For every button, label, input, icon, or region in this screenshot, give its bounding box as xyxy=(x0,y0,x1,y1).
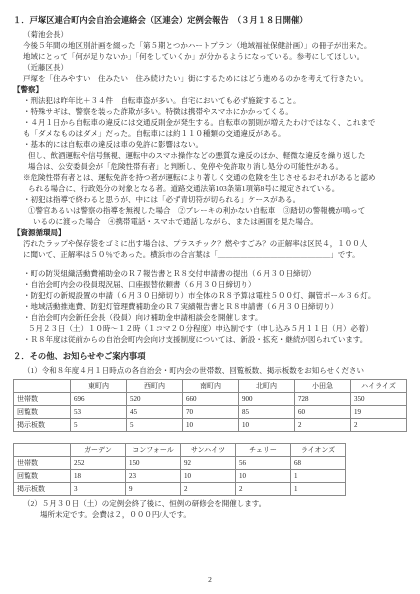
table-cell: 660 xyxy=(183,393,239,406)
table-header-cell: 南町内 xyxy=(183,380,239,393)
table-cell: 19 xyxy=(351,406,407,419)
table-row: 掲示板数55101022 xyxy=(14,419,407,432)
text-line: 場所未定です。会費は２，０００円/人です。 xyxy=(40,509,420,520)
text-line: （近藤区長） xyxy=(23,62,420,73)
text-line: ・刑法犯は昨年比＋３４件 自転車盗が多い。自宅においても必ず施錠すること。 xyxy=(23,95,420,106)
table-header-row: ガーデンコンフォールサンハイツチェリーライオンズ xyxy=(14,444,346,457)
table-cell: 10 xyxy=(181,470,236,483)
text-line: ・自治会町内会新任会長（役員）向け補助金申請相談会を開催します。 xyxy=(23,312,420,323)
table-row: 世帯数696520660900728350 xyxy=(14,393,407,406)
households-table-1-wrap: 東町内西町内南町内北町内小田急ハイライズ世帯数69652066090072835… xyxy=(0,379,420,432)
table-cell: 2 xyxy=(236,483,291,496)
text-line: に聞いて、正解率は５０％であった。横浜市の合言葉は「＿＿＿＿＿＿＿＿＿＿＿＿＿＿… xyxy=(23,249,420,260)
table-cell: 5 xyxy=(71,419,127,432)
table-header-cell: 小田急 xyxy=(295,380,351,393)
table-header-cell: ライオンズ xyxy=(291,444,346,457)
table-cell: 3 xyxy=(71,483,126,496)
text-line: 地域にとって「何が足りないか」「何をしていくか」が分かるようになっている。参考に… xyxy=(23,51,420,62)
table-header-row: 東町内西町内南町内北町内小田急ハイライズ xyxy=(14,380,407,393)
table-row-label: 回覧数 xyxy=(14,406,71,419)
text-line: 今後５年間の地区別計画を綴った「第５期とつかハートプラン（地域福祉保健計画）」の… xyxy=(23,40,420,51)
table-cell: 728 xyxy=(295,393,351,406)
table-cell: 696 xyxy=(71,393,127,406)
section2-intro: （1）令和８年度４月１日時点の各自治会・町内会の世帯数、回覧板数、掲示板数をお知… xyxy=(23,365,420,376)
section1-title: １．戸塚区連合町内会自治会連絡会（区連会）定例会報告 （３月１８日開催） xyxy=(13,15,420,27)
page-number: 2 xyxy=(0,575,420,584)
table-header-cell: ガーデン xyxy=(71,444,126,457)
recycle-section-body: 汚れたラップや保存袋をゴミに出す場合は、プラスチック？燃やすごみ？の正解率は区民… xyxy=(0,238,420,260)
table-row-label: 掲示板数 xyxy=(14,483,71,496)
table-row-label: 掲示板数 xyxy=(14,419,71,432)
table-header-cell: 西町内 xyxy=(127,380,183,393)
text-line: ・防犯灯の新規設置の申請（６月３０日締切り）市全体のＲ８予算は電柱５００灯、鋼管… xyxy=(23,290,420,301)
table-row: 回覧数534570856019 xyxy=(14,406,407,419)
table-header-cell: サンハイツ xyxy=(181,444,236,457)
text-line: られる場合に、行政処分の対象となる者。道路交通法第103条第1項第8号に規定され… xyxy=(28,183,420,194)
table-cell: 10 xyxy=(236,470,291,483)
text-line: ５月２３日（土）１０時～１２時（１コマ２０分程度）申込制です（申し込み５月１１日… xyxy=(28,323,420,334)
table-cell: 23 xyxy=(126,470,181,483)
table-header-cell: 北町内 xyxy=(239,380,295,393)
table-cell: 1 xyxy=(291,483,346,496)
text-line: 戸塚を「住みやすい 住みたい 住み続けたい」街にするためにはどう進めるのかを考え… xyxy=(23,73,420,84)
table-cell: 520 xyxy=(127,393,183,406)
text-line: ・地域活動推進費、防犯灯管理費補助金のＲ７実績報告書とＲ８申請書（６月３０日締切… xyxy=(23,301,420,312)
text-line: ※危険性帯有者とは、運転免許を持つ者が運転により著しく交通の危険を生じさせるおそ… xyxy=(23,172,420,183)
table-cell: 2 xyxy=(181,483,236,496)
text-line: ・Ｒ８年度は従前からの自治会町内会向け支援制度については、新設・拡充・継続が図ら… xyxy=(23,334,420,345)
text-line: 汚れたラップや保存袋をゴミに出す場合は、プラスチック？燃やすごみ？の正解率は区民… xyxy=(23,238,420,249)
table-cell: 45 xyxy=(127,406,183,419)
table-cell: 5 xyxy=(127,419,183,432)
table-cell: 92 xyxy=(181,457,236,470)
table-cell: 56 xyxy=(236,457,291,470)
document-page: １．戸塚区連合町内会自治会連絡会（区連会）定例会報告 （３月１８日開催） （菊池… xyxy=(0,0,420,594)
recycle-section-header: 【資源循環局】 xyxy=(13,227,420,238)
text-line: 但し、飲酒運転や信号無視、運転中のスマホ操作などの悪質な違反のほか、軽微な違反を… xyxy=(28,150,420,161)
households-table-2-wrap: ガーデンコンフォールサンハイツチェリーライオンズ世帯数252150925668回… xyxy=(0,443,420,496)
table-cell: 9 xyxy=(126,483,181,496)
table-cell: 60 xyxy=(295,406,351,419)
text-line: も「ダメなものはダメ」だった。自転車には約１１０種類の交通違反がある。 xyxy=(23,128,420,139)
text-line: ・４月１日から自転車の違反には交通反則金が発生する。自転車の罰則が増えたわけでは… xyxy=(23,117,420,128)
table-cell: 1 xyxy=(291,470,346,483)
table-cell: 10 xyxy=(239,419,295,432)
table-cell: 150 xyxy=(126,457,181,470)
table-cell: 53 xyxy=(71,406,127,419)
table-row: 世帯数252150925668 xyxy=(14,457,346,470)
text-line: いるのに渡った場合 ④携帯電話・スマホで通話しながら、または画面を見た場合。 xyxy=(33,216,420,227)
section2-title: ２．その他、お知らせやご案内事項 xyxy=(13,351,420,363)
police-section-header: 【警察】 xyxy=(13,84,420,95)
table-cell: 68 xyxy=(291,457,346,470)
table-cell: 18 xyxy=(71,470,126,483)
table-header-cell: 東町内 xyxy=(71,380,127,393)
text-line: ①警官あるいは警察の指導を無視した場合 ②ブレーキの利かない自転車 ③踏切の警報… xyxy=(28,205,420,216)
table-header-cell: チェリー xyxy=(236,444,291,457)
text-line: ・自治会町内会の役員現況届、口座振替依頼書（６月３０日締切り） xyxy=(23,279,420,290)
text-line: （2）５月３０日（土）の定例会終了後に、恒例の研修会を開催します。 xyxy=(23,498,420,509)
table-row: 掲示板数39221 xyxy=(14,483,346,496)
table-row-label: 世帯数 xyxy=(14,457,71,470)
households-table-1: 東町内西町内南町内北町内小田急ハイライズ世帯数69652066090072835… xyxy=(13,379,407,432)
table-row-label: 世帯数 xyxy=(14,393,71,406)
text-line: ・特殊サギは、警察を装った詐欺が多い。特徴は携帯やスマホにかかってくる。 xyxy=(23,106,420,117)
households-table-2: ガーデンコンフォールサンハイツチェリーライオンズ世帯数252150925668回… xyxy=(13,443,346,496)
table-cell: 900 xyxy=(239,393,295,406)
table-row-label: 回覧数 xyxy=(14,470,71,483)
table-cell: 10 xyxy=(183,419,239,432)
table-header-cell: ハイライズ xyxy=(351,380,407,393)
table-row: 回覧数182310101 xyxy=(14,470,346,483)
text-line: ・初犯は指導で終わると思うが、中には「必ず青切符が切られる」ケースがある。 xyxy=(23,194,420,205)
notices-body: ・町の防災組織活動費補助金のＲ７報告書とＲ８交付申請書の提出（６月３０日締切） … xyxy=(0,268,420,345)
spacer xyxy=(0,432,420,440)
table-header-cell xyxy=(14,380,71,393)
police-section-body: ・刑法犯は昨年比＋３４件 自転車盗が多い。自宅においても必ず施錠すること。 ・特… xyxy=(0,95,420,227)
section2-item2-body: （2）５月３０日（土）の定例会終了後に、恒例の研修会を開催します。 場所未定です… xyxy=(0,498,420,520)
table-cell: 2 xyxy=(351,419,407,432)
table-cell: 70 xyxy=(183,406,239,419)
table-cell: 2 xyxy=(295,419,351,432)
text-line: （菊池会長） xyxy=(23,29,420,40)
text-line: ・町の防災組織活動費補助金のＲ７報告書とＲ８交付申請書の提出（６月３０日締切） xyxy=(23,268,420,279)
text-line: 場合は、公安委員会が「危険性帯有者」と判断し、免停や免許取り消し処分の可能性があ… xyxy=(28,161,420,172)
table-cell: 350 xyxy=(351,393,407,406)
spacer xyxy=(0,260,420,268)
table-cell: 252 xyxy=(71,457,126,470)
table-header-cell xyxy=(14,444,71,457)
table-cell: 85 xyxy=(239,406,295,419)
section1-body: （菊池会長） 今後５年間の地区別計画を綴った「第５期とつかハートプラン（地域福祉… xyxy=(0,29,420,84)
table-header-cell: コンフォール xyxy=(126,444,181,457)
text-line: ・基本的には自転車の違反は車の免許に影響はない。 xyxy=(23,139,420,150)
